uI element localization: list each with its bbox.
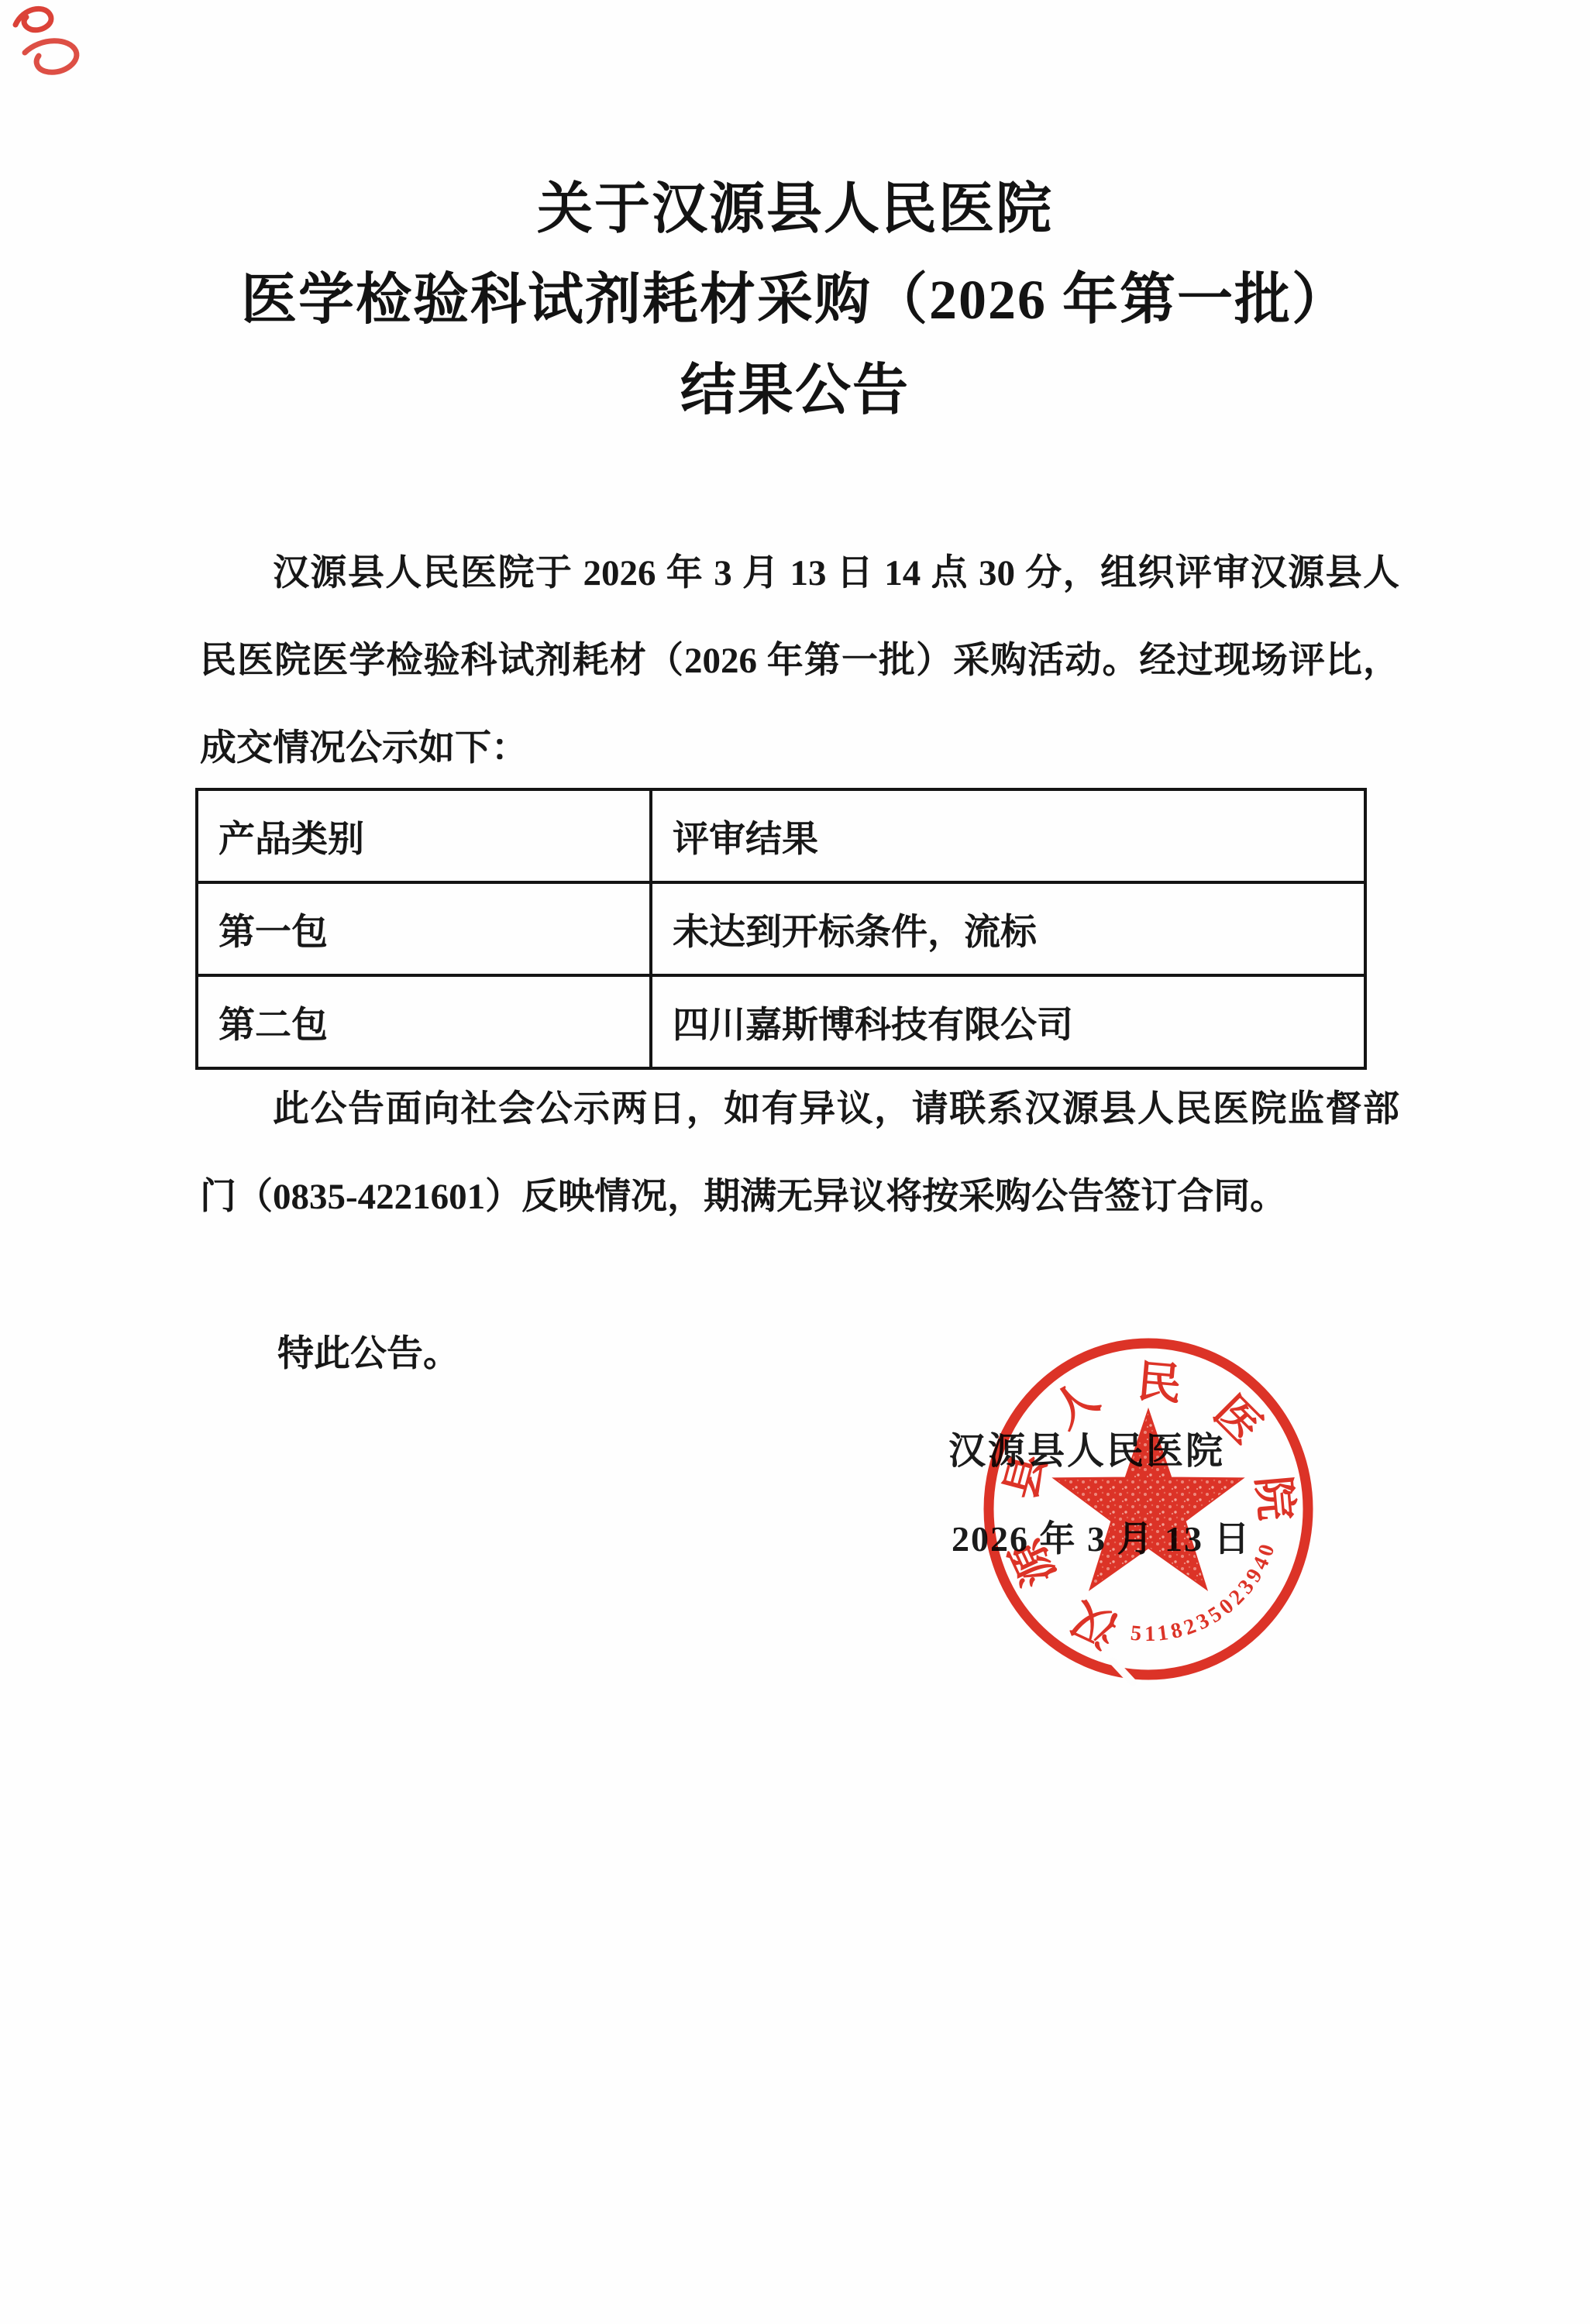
objection-paragraph: 此公告面向社会公示两日，如有异议，请联系汉源县人民医院监督部门（0835-422… (200, 1066, 1399, 1241)
table-row: 第二包 四川嘉斯博科技有限公司 (197, 975, 1365, 1068)
official-seal-stamp: 汉 源 县 人 民 医 院 5118235023940 (969, 1329, 1328, 1689)
seal-char: 民 (1135, 1357, 1183, 1410)
document-page: 关于汉源县人民医院 医学检验科试剂耗材采购（2026 年第一批） 结果公告 汉源… (0, 0, 1590, 2324)
package-2-result: 四川嘉斯博科技有限公司 (673, 1006, 1073, 1046)
cell-result-2: 四川嘉斯博科技有限公司 (651, 975, 1365, 1068)
intro-paragraph: 汉源县人民医院于 2026 年 3 月 13 日 14 点 30 分，组织评审汉… (200, 530, 1399, 792)
seal-char: 汉 (1064, 1592, 1125, 1655)
red-scribble-marks (3, 2, 104, 98)
table-header-row: 产品类别 评审结果 (197, 789, 1365, 882)
document-title: 关于汉源县人民医院 医学检验科试剂耗材采购（2026 年第一批） 结果公告 (0, 164, 1590, 436)
package-1-result: 未达到开标条件，流标 (673, 913, 1037, 953)
header-result-label: 评审结果 (673, 820, 818, 860)
table-row: 第一包 未达到开标条件，流标 (197, 882, 1365, 975)
seal-star-icon (1054, 1410, 1242, 1590)
seal-char: 院 (1248, 1474, 1300, 1522)
seal-char: 县 (996, 1449, 1055, 1504)
cell-result-1: 未达到开标条件，流标 (651, 882, 1365, 975)
header-cell-category: 产品类别 (197, 789, 651, 882)
document-title-line-3: 结果公告 (0, 346, 1590, 436)
header-category-label: 产品类别 (219, 820, 364, 860)
package-1-label: 第一包 (219, 913, 328, 953)
package-2-label: 第二包 (219, 1006, 328, 1046)
cell-package-2: 第二包 (197, 975, 651, 1068)
closing-line: 特此公告。 (277, 1311, 459, 1398)
document-title-line-2: 医学检验科试剂耗材采购（2026 年第一批） (0, 255, 1590, 346)
cell-package-1: 第一包 (197, 882, 651, 975)
header-cell-result: 评审结果 (651, 789, 1365, 882)
results-table: 产品类别 评审结果 第一包 未达到开标条件，流标 第二包 四川嘉 (195, 788, 1367, 1070)
document-title-line-1: 关于汉源县人民医院 (0, 164, 1590, 255)
